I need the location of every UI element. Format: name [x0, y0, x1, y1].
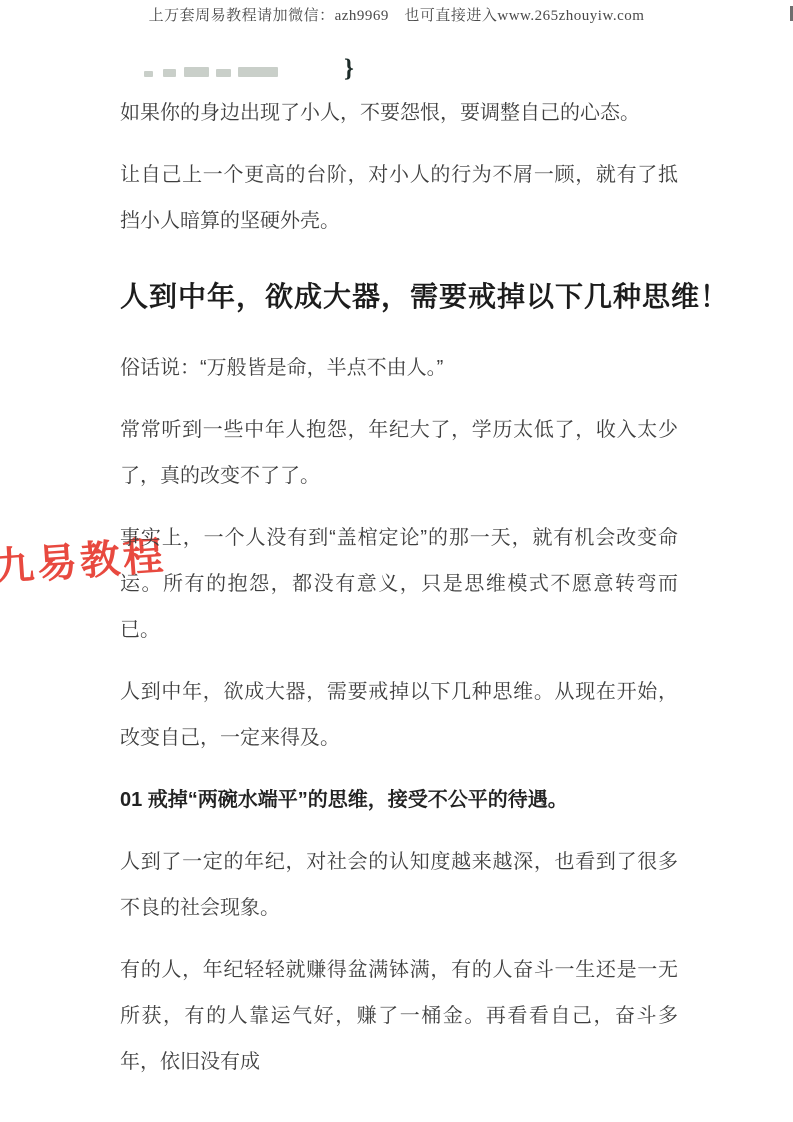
paragraph: 让自己上一个更高的台阶，对小人的行为不屑一顾，就有了抵挡小人暗算的坚硬外壳。 [120, 152, 678, 244]
truncated-brace-glyph: } [344, 55, 354, 83]
paragraph: 俗话说：“万般皆是命，半点不由人。” [120, 345, 678, 391]
paragraph: 事实上，一个人没有到“盖棺定论”的那一天，就有机会改变命运。所有的抱怨，都没有意… [120, 515, 678, 653]
truncated-text-line: } [142, 58, 562, 86]
paragraph: 人到了一定的年纪，对社会的认知度越来越深，也看到了很多不良的社会现象。 [120, 839, 678, 931]
paragraph: 人到中年，欲成大器，需要戒掉以下几种思维。从现在开始，改变自己，一定来得及。 [120, 669, 678, 761]
article-title: 人到中年，欲成大器，需要戒掉以下几种思维！ [120, 277, 678, 317]
document-page: 上万套周易教程请加微信：azh9969 也可直接进入www.265zhouyiw… [0, 0, 793, 1122]
text-fragment [144, 71, 153, 77]
section-heading-01: 01 戒掉“两碗水端平”的思维，接受不公平的待遇。 [120, 777, 678, 823]
paragraph: 有的人，年纪轻轻就赚得盆满钵满，有的人奋斗一生还是一无所获，有的人靠运气好，赚了… [120, 947, 678, 1085]
text-fragment [163, 69, 176, 77]
article-body: 如果你的身边出现了小人，不要怨恨，要调整自己的心态。 让自己上一个更高的台阶，对… [120, 90, 678, 1101]
paragraph: 常常听到一些中年人抱怨，年纪大了，学历太低了，收入太少了，真的改变不了了。 [120, 407, 678, 499]
text-fragment [216, 69, 231, 77]
text-fragment [238, 67, 278, 77]
paragraph: 如果你的身边出现了小人，不要怨恨，要调整自己的心态。 [120, 90, 678, 136]
text-fragment [184, 67, 209, 77]
promo-header-note: 上万套周易教程请加微信：azh9969 也可直接进入www.265zhouyiw… [0, 4, 793, 25]
